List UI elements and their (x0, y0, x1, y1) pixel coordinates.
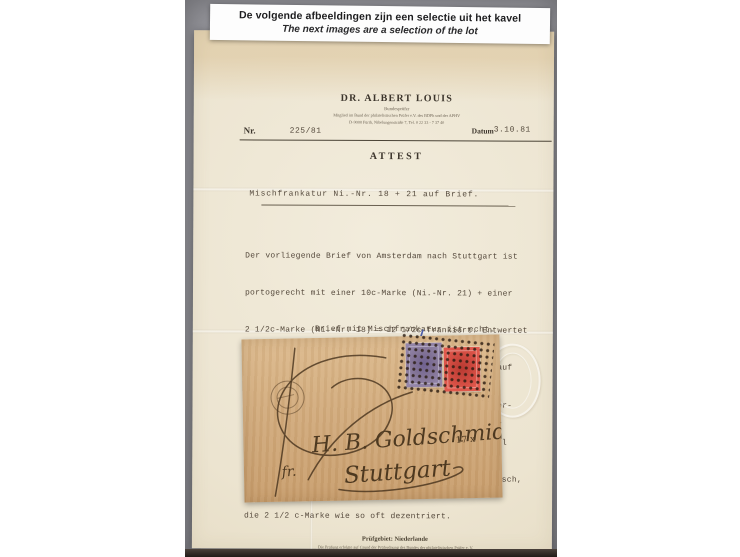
lot-caption-label: De volgende afbeeldingen zijn een select… (210, 4, 550, 44)
attest-heading: ATTEST (249, 150, 545, 162)
footer-region-line: Prüfgebiet: Niederlande (277, 535, 514, 543)
certificate-number-label: Nr. (244, 125, 256, 135)
photo-margins: DR. ALBERT LOUIS Bundesprüfer Mitglied i… (0, 0, 740, 557)
address-notation-text: 17 x (456, 435, 476, 446)
dot-cancellation-icon (395, 332, 495, 401)
address-city-text: Stuttgart (343, 455, 452, 489)
body-line: die 2 1/2 c-Marke wie so oft dezentriert… (244, 511, 544, 525)
address-prefix-text: fr. (280, 464, 297, 481)
cover-envelope: H. B. Goldschmidt fr. Stuttgart 17 x (241, 335, 502, 503)
letterhead-name: DR. ALBERT LOUIS (249, 92, 545, 104)
body-line: portogerecht mit einer 10c-Marke (Ni.-Nr… (245, 287, 545, 301)
letterhead-title: Bundesprüfer (311, 106, 483, 112)
certificate-number-value: 225/81 (290, 127, 322, 136)
certificate-date-label: Datum (472, 126, 494, 135)
header-divider-rule (240, 139, 552, 141)
attest-subject-line: Mischfrankatur Ni.-Nr. 18 + 21 auf Brief… (249, 189, 479, 199)
caption-line-english: The next images are a selection of the l… (212, 23, 548, 38)
photo-bottom-shadow (185, 549, 557, 557)
lot-photograph: DR. ALBERT LOUIS Bundesprüfer Mitglied i… (185, 0, 557, 557)
letterhead-address: D-9000 Fürth, Nibelungenstraße 7, Tel. 0… (320, 120, 474, 125)
certificate-date-value: 3.10.81 (494, 126, 531, 135)
letterhead-membership: Mitglied im Bund der philatelistischen P… (320, 113, 474, 118)
body-line: Der vorliegende Brief von Amsterdam nach… (245, 250, 545, 264)
subject-underline (261, 205, 515, 207)
